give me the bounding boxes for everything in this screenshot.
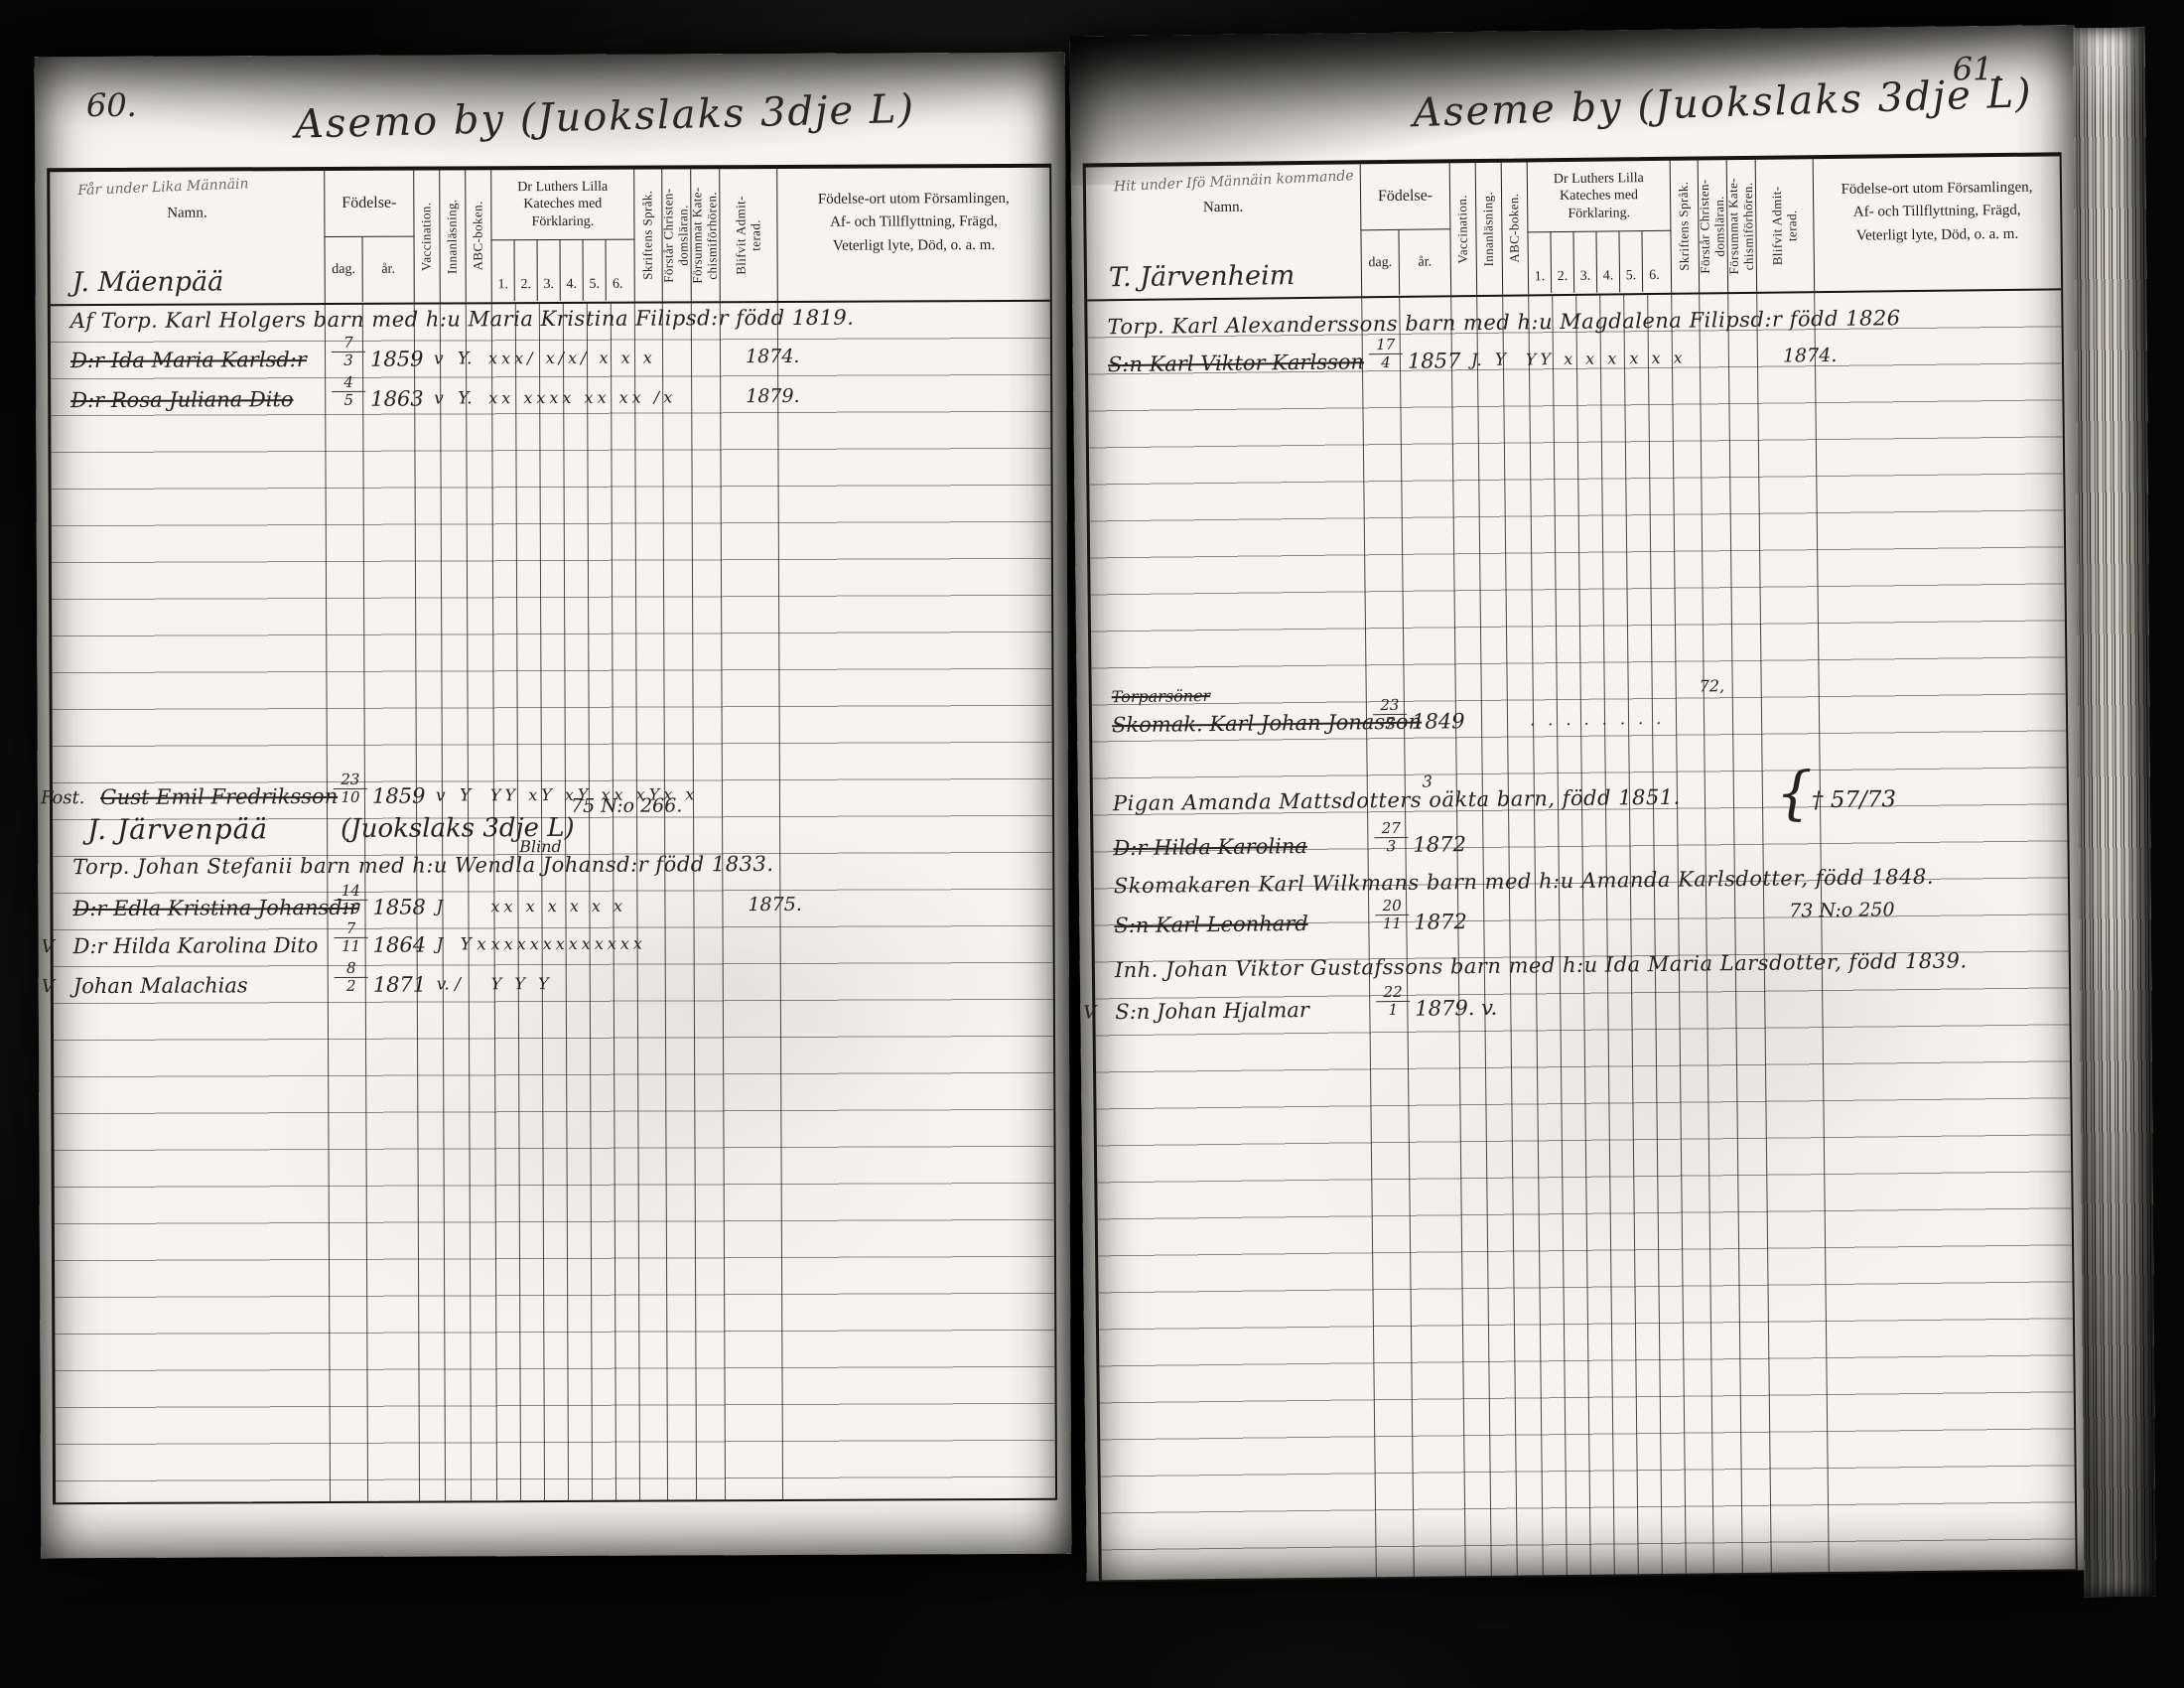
kateches-col-5: 5. — [584, 240, 607, 301]
ort-label: Födelse-ort utom Församlingen, Af- och T… — [777, 168, 1049, 258]
handwritten-annotation: Får under Lika Männäin — [77, 176, 249, 199]
page-number-left: 60. — [86, 86, 137, 124]
page-title-right: Aseme by (Juokslaks 3dje L) — [1412, 70, 2033, 136]
column-header-fodelse: Födelse- dag. år. — [1361, 163, 1452, 296]
ort-line3: Veterligt lyte, Död, o. a. m. — [777, 233, 1049, 257]
kateches-col-1: 1. — [1528, 232, 1552, 293]
column-header-skriftens-sprak: Skriftens Språk. — [634, 170, 663, 302]
grid-col-ar — [363, 305, 420, 1501]
ort-line1: Födelse-ort utom Församlingen, — [1814, 176, 2060, 202]
forsummat-label: Försummat Kate- chismiförhören. — [1726, 178, 1757, 275]
dag-label: dag. — [326, 237, 363, 302]
blifvit-label: Blifvit Admit- terad. — [1770, 186, 1801, 265]
column-header-kateches: Dr Luthers Lilla Kateches med Förklaring… — [491, 170, 635, 303]
kateches-col-4: 4. — [561, 240, 584, 301]
section-script: T. Järvenheim — [1109, 260, 1296, 293]
forstar-label: Förstår Christen- domsläran. — [1698, 179, 1728, 274]
column-header-forsummat: Försummat Kate- chismiförhören. — [691, 169, 721, 301]
namn-label: Namn. — [50, 205, 324, 222]
right-page: 61. Aseme by (Juokslaks 3dje L) Hit unde… — [1069, 25, 2092, 1581]
column-header-kateches: Dr Luthers Lilla Kateches med Förklaring… — [1528, 161, 1672, 295]
kateches-numbers: 1. 2. 3. 4. 5. 6. — [1528, 230, 1671, 294]
vaccination-label: Vaccination. — [1455, 195, 1471, 264]
ort-line3: Veterligt lyte, Död, o. a. m. — [1814, 222, 2060, 248]
grid-col-namn — [1087, 298, 1377, 1580]
column-header-forstar: Förstår Christen- domsläran. — [662, 169, 692, 301]
section-script: J. Mäenpää — [72, 266, 224, 298]
kateches-col-2: 2. — [515, 240, 538, 301]
column-header-vaccination: Vaccination. — [1450, 163, 1478, 295]
kateches-col-3: 3. — [538, 240, 561, 301]
kateches-line1: Dr Luthers Lilla — [1554, 170, 1644, 189]
table-body: Af Torp. Karl Holgers barn med h:u Maria… — [51, 302, 1055, 1502]
kateches-numbers: 1. 2. 3. 4. 5. 6. — [492, 239, 634, 302]
fodelse-subheader: dag. år. — [325, 236, 413, 302]
register-table-right: Hit under Ifö Männäin kommande Namn. T. … — [1083, 152, 2078, 1582]
book-fore-edge — [2073, 28, 2155, 1597]
abc-boken-label: ABC-boken. — [1507, 194, 1523, 263]
handwritten-annotation: Hit under Ifö Männäin kommande — [1114, 168, 1354, 195]
kateches-line2: Kateches med — [523, 196, 602, 213]
left-page: 60. Asemo by (Juokslaks 3dje L) Får unde… — [35, 53, 1072, 1559]
column-header-vaccination: Vaccination. — [414, 170, 441, 302]
kateches-col-1: 1. — [492, 240, 515, 301]
grid-col-kateches — [492, 304, 640, 1501]
ort-label: Födelse-ort utom Församlingen, Af- och T… — [1814, 156, 2061, 248]
kateches-col-6: 6. — [1642, 231, 1666, 292]
column-header-namn: Får under Lika Männäin Namn. J. Mäenpää — [50, 171, 326, 304]
skriftens-sprak-label: Skriftens Språk. — [640, 191, 655, 280]
kateches-line3: Förklaring. — [532, 213, 595, 231]
archival-scan: { "document": { "kind": "parish househol… — [0, 0, 2184, 1688]
grid-col-namn — [51, 305, 331, 1502]
namn-label: Namn. — [1086, 198, 1360, 217]
table-header: Hit under Ifö Männäin kommande Namn. T. … — [1086, 156, 2061, 301]
grid-col-dag — [326, 305, 368, 1501]
register-table-left: Får under Lika Männäin Namn. J. Mäenpää … — [47, 164, 1057, 1504]
column-header-innanlasning: Innanläsning. — [440, 170, 467, 302]
innanlasning-label: Innanläsning. — [1481, 191, 1497, 266]
column-header-abc-boken: ABC-boken. — [466, 170, 492, 302]
kateches-col-5: 5. — [1619, 231, 1643, 292]
grid-col-ort — [778, 302, 1055, 1499]
grid-col-ort — [1815, 290, 2076, 1572]
kateches-col-6: 6. — [607, 240, 629, 301]
kateches-title: Dr Luthers Lilla Kateches med Förklaring… — [491, 170, 633, 240]
ar-label: år. — [1399, 229, 1450, 295]
fodelse-subheader: dag. år. — [1361, 228, 1450, 295]
column-header-ort: Födelse-ort utom Församlingen, Af- och T… — [1814, 156, 2061, 291]
column-header-ort: Födelse-ort utom Församlingen, Af- och T… — [777, 168, 1050, 301]
grid-col-blifvit — [721, 303, 783, 1499]
table-header: Får under Lika Männäin Namn. J. Mäenpää … — [50, 168, 1050, 306]
column-header-abc-boken: ABC-boken. — [1502, 162, 1530, 294]
ort-line2: Af- och Tillflyttning, Frägd, — [1814, 200, 2060, 225]
blifvit-label: Blifvit Admit- terad. — [734, 196, 763, 275]
column-header-blifvit: Blifvit Admit- terad. — [720, 169, 778, 301]
kateches-line3: Förklaring. — [1568, 205, 1630, 222]
column-header-forsummat: Försummat Kate- chismiförhören. — [1727, 160, 1758, 292]
page-title-left: Asemo by (Juokslaks 3dje L) — [294, 86, 915, 148]
column-header-blifvit: Blifvit Admit- terad. — [1756, 159, 1816, 292]
column-header-fodelse: Födelse- dag. år. — [325, 171, 415, 303]
grid-col-kateches — [1529, 295, 1687, 1576]
ort-line1: Födelse-ort utom Församlingen, — [777, 188, 1049, 211]
kateches-col-3: 3. — [1573, 232, 1597, 293]
kateches-col-4: 4. — [1596, 231, 1620, 292]
column-header-skriftens-sprak: Skriftens Språk. — [1671, 160, 1701, 292]
forsummat-label: Försummat Kate- chismiförhören. — [690, 187, 720, 283]
fodelse-label: Födelse- — [1361, 163, 1450, 229]
kateches-title: Dr Luthers Lilla Kateches med Förklaring… — [1528, 161, 1671, 232]
vaccination-label: Vaccination. — [419, 202, 434, 270]
column-header-namn: Hit under Ifö Männäin kommande Namn. T. … — [1086, 164, 1362, 299]
table-body: Torp. Karl Alexanderssons barn med h:u M… — [1087, 290, 2076, 1580]
column-header-innanlasning: Innanläsning. — [1476, 163, 1504, 295]
ar-label: år. — [363, 237, 414, 302]
innanlasning-label: Innanläsning. — [445, 199, 460, 274]
fodelse-label: Födelse- — [325, 171, 413, 236]
column-header-forstar: Förstår Christen- domsläran. — [1699, 160, 1729, 292]
kateches-line1: Dr Luthers Lilla — [517, 179, 608, 197]
kateches-line2: Kateches med — [1560, 187, 1638, 205]
dag-label: dag. — [1361, 230, 1400, 295]
skriftens-sprak-label: Skriftens Språk. — [1677, 182, 1693, 271]
kateches-col-2: 2. — [1551, 232, 1574, 293]
ort-line2: Af- och Tillflyttning, Frägd, — [777, 211, 1049, 234]
abc-boken-label: ABC-boken. — [471, 202, 485, 271]
forstar-label: Förstår Christen- domsläran. — [661, 188, 691, 282]
